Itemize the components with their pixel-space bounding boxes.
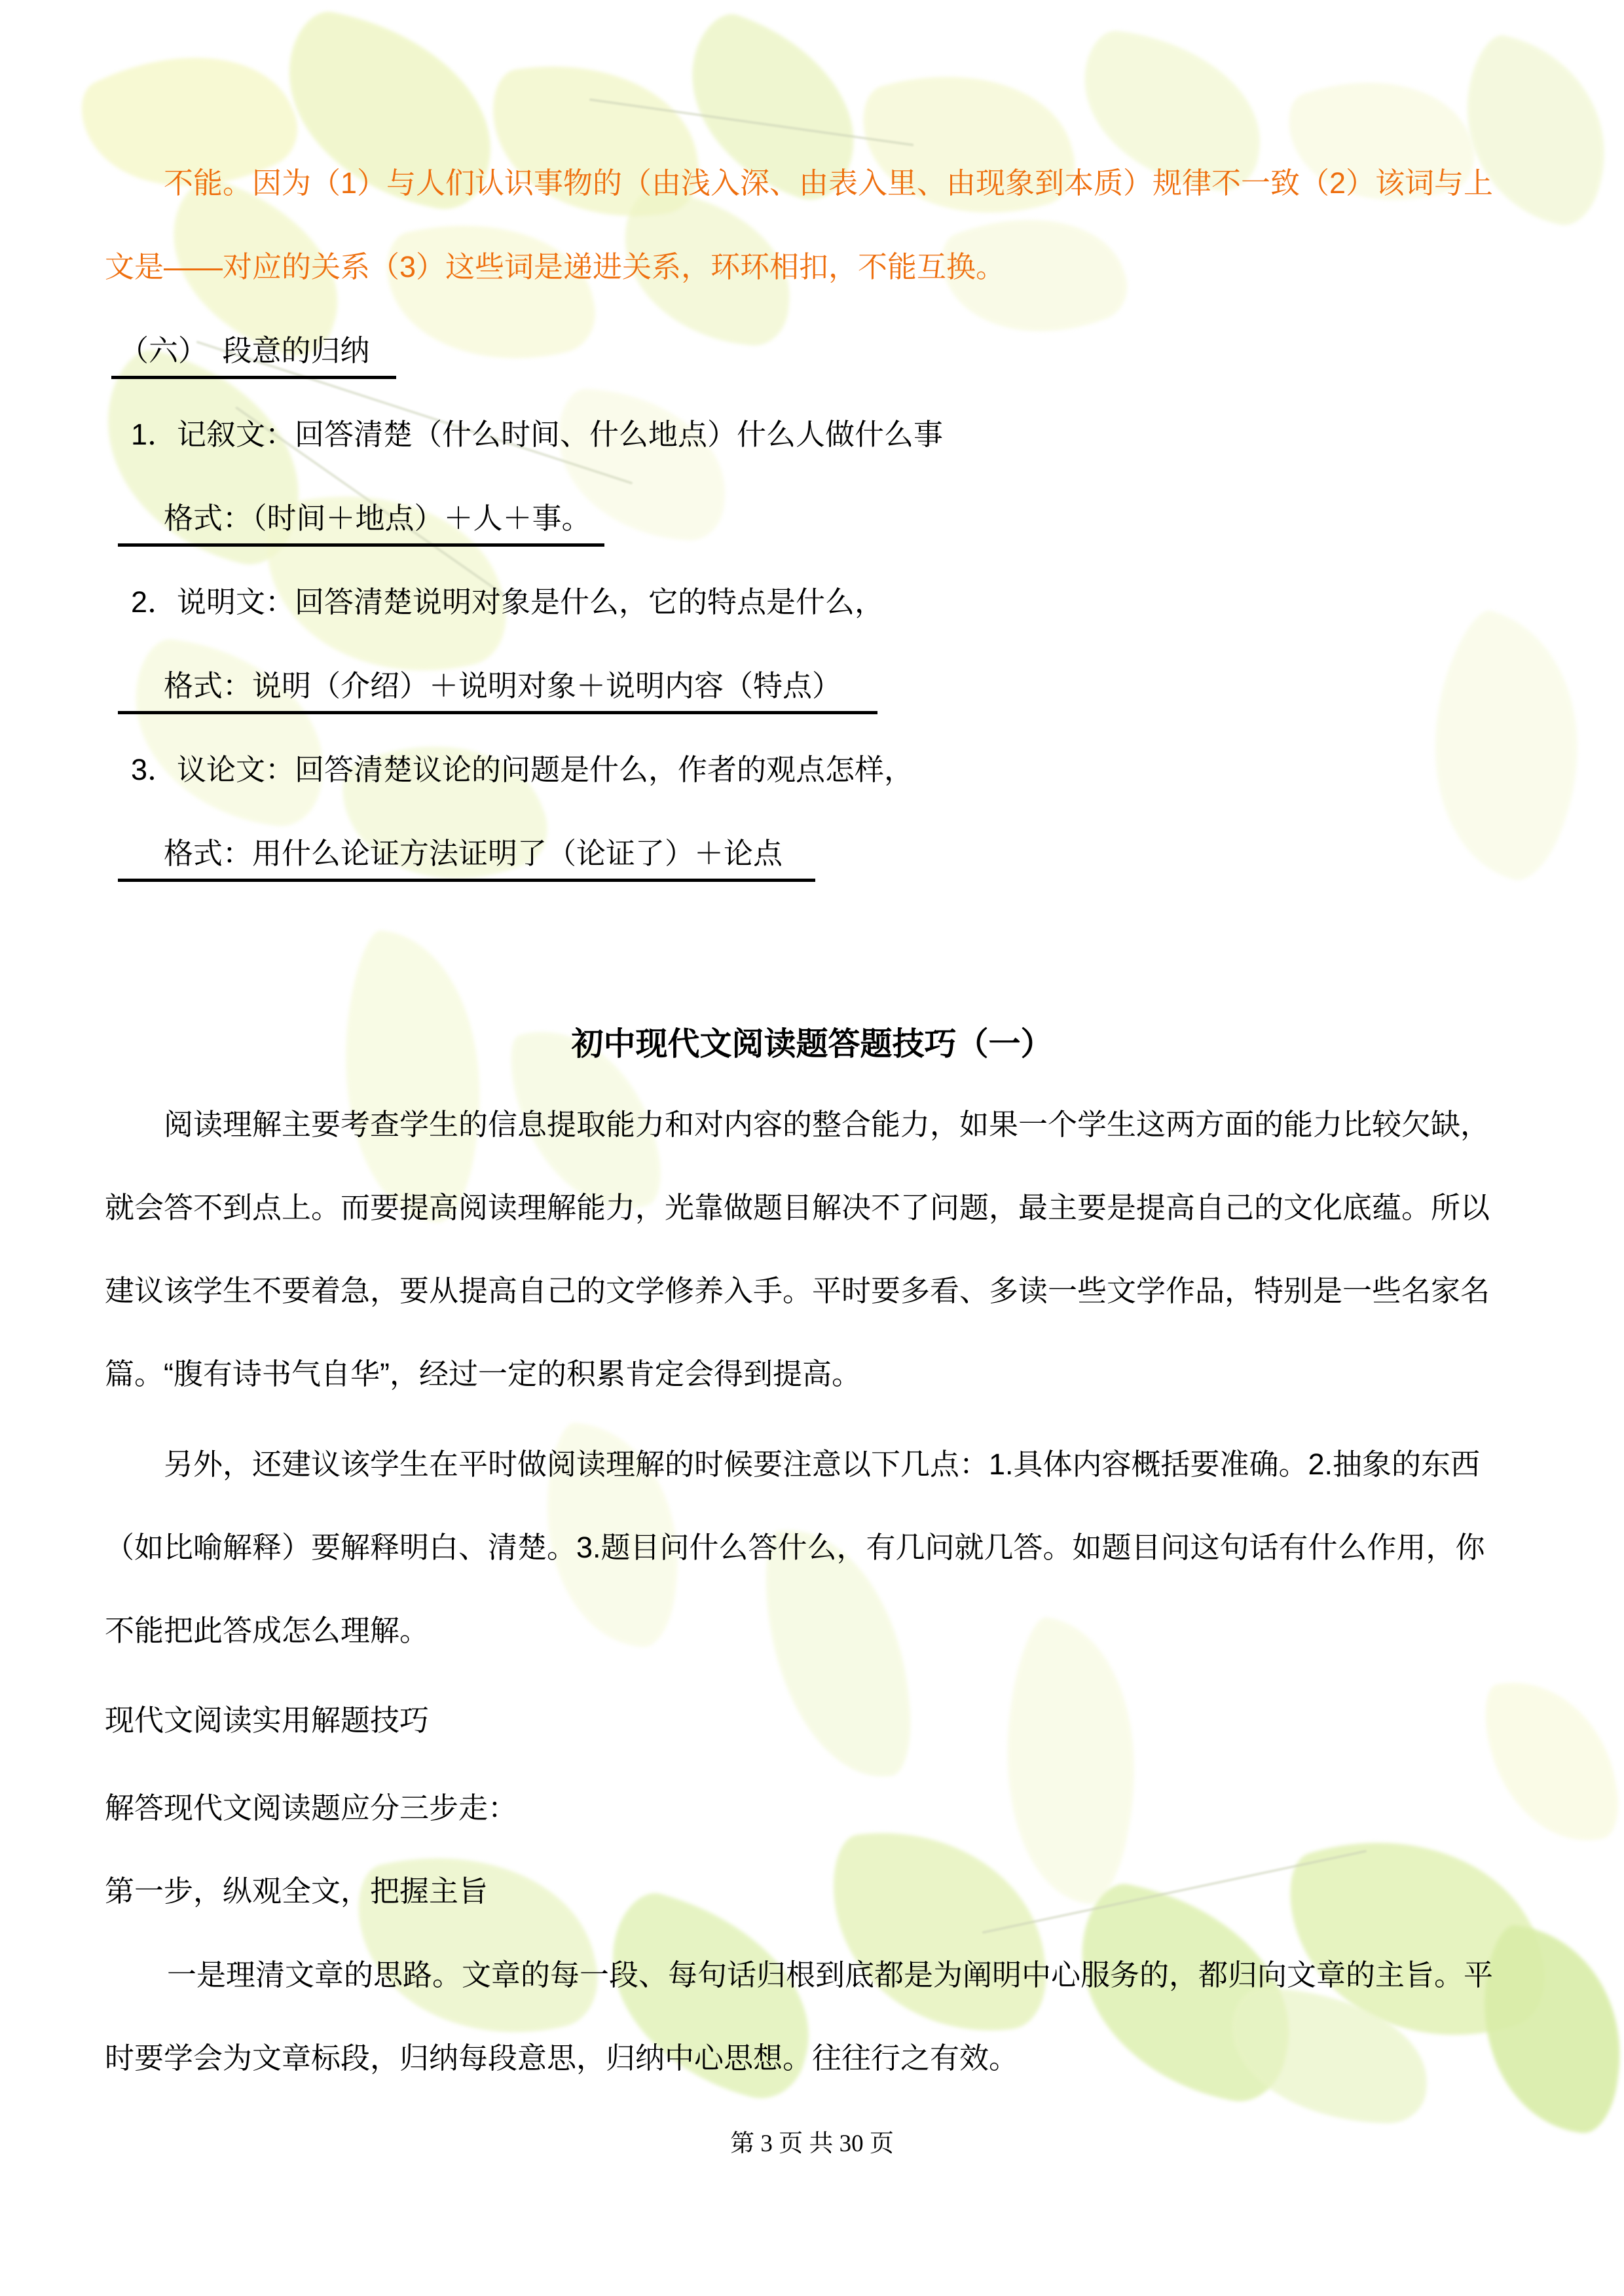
section-six-format-2: 格式：说明（介绍）＋说明对象＋说明内容（特点） xyxy=(118,668,877,714)
leaf-decoration xyxy=(1393,604,1619,889)
leaf-decoration xyxy=(1277,1799,1559,2076)
branch-decoration xyxy=(589,98,914,147)
steps-intro-line: 解答现代文阅读题应分三步走： xyxy=(105,1790,517,1827)
answer-note-line-2: 文是——对应的关系（3）这些词是递进关系，环环相扣，不能互换。 xyxy=(105,249,1005,285)
branch-decoration xyxy=(982,1850,1367,1934)
section-six-item-1: 1．记叙文：回答清楚（什么时间、什么地点）什么人做什么事 xyxy=(131,416,943,453)
leaf-decoration xyxy=(828,1817,1052,2047)
paragraph-2-line-2: （如比喻解释）要解释明白、清楚。3.题目问什么答什么，有几问就几答。如题目问这句… xyxy=(105,1529,1485,1566)
paragraph-1-line-1: 阅读理解主要考查学生的信息提取能力和对内容的整合能力，如果一个学生这两方面的能力… xyxy=(164,1106,1490,1143)
step-1-heading: 第一步，纵观全文，把握主旨 xyxy=(105,1873,488,1910)
leaf-decoration xyxy=(1467,1922,1624,2137)
paragraph-2-line-3: 不能把此答成怎么理解。 xyxy=(105,1613,429,1649)
section-six-format-3-text: 格式：用什么论证方法证明了（论证了）＋论点 xyxy=(118,835,815,882)
leaf-decoration xyxy=(1479,1667,1624,1855)
leaf-decoration xyxy=(322,928,504,1226)
section-six-format-3: 格式：用什么论证方法证明了（论证了）＋论点 xyxy=(118,835,815,882)
section-six-item-3: 3．议论文：回答清楚议论的问题是什么，作者的观点怎样， xyxy=(131,752,913,788)
leaf-decoration xyxy=(854,43,1084,245)
section-six-item-2: 2．说明文：回答清楚说明对象是什么，它的特点是什么， xyxy=(131,584,884,621)
section-six-heading: （六） 段意的归纳 xyxy=(111,333,396,379)
paragraph-1-line-2: 就会答不到点上。而要提高阅读理解能力，光靠做题目解决不了问题，最主要是提高自己的… xyxy=(105,1190,1490,1226)
paragraph-1-line-3: 建议该学生不要着急，要从提高自己的文学修养入手。平时要多看、多读一些文学作品，特… xyxy=(105,1273,1490,1309)
section-six-format-1: 格式：（时间＋地点）＋人＋事。 xyxy=(118,500,604,547)
leaf-decoration xyxy=(120,635,338,831)
subhead-practical-techniques: 现代文阅读实用解题技巧 xyxy=(105,1702,429,1739)
paragraph-3-line-1: 一是理清文章的思路。文章的每一段、每句话归根到底都是为阐明中心服务的，都归向文章… xyxy=(167,1957,1493,1994)
leaf-decoration xyxy=(1280,49,1484,232)
leaf-decoration xyxy=(257,464,516,702)
leaf-decoration xyxy=(1057,1878,1314,2109)
section-six-heading-text: （六） 段意的归纳 xyxy=(111,333,396,379)
paragraph-3-line-2: 时要学会为文章标段，归纳每段意思，归纳中心思想。往往行之有效。 xyxy=(105,2040,1018,2077)
paragraph-1-line-4: 篇。“腹有诗书气自华”，经过一定的积累肯定会得到提高。 xyxy=(105,1356,861,1393)
page-number-footer: 第 3 页 共 30 页 xyxy=(0,2129,1624,2159)
leaf-decoration xyxy=(349,1825,608,2064)
leaf-decoration xyxy=(487,46,705,235)
section-six-format-2-text: 格式：说明（介绍）＋说明对象＋说明内容（特点） xyxy=(118,668,877,714)
article-title: 初中现代文阅读题答题技巧（一） xyxy=(0,1025,1624,1063)
document-page: 不能。因为（1）与人们认识事物的（由浅入深、由表入里、由现象到本质）规律不一致（… xyxy=(0,0,1624,2296)
answer-note-line-1: 不能。因为（1）与人们认识事物的（由浅入深、由表入里、由现象到本质）规律不一致（… xyxy=(164,165,1493,202)
section-six-format-1-text: 格式：（时间＋地点）＋人＋事。 xyxy=(118,500,604,547)
paragraph-2-line-1: 另外，还建议该学生在平时做阅读理解的时候要注意以下几点：1.具体内容概括要准确。… xyxy=(164,1446,1480,1483)
leaf-decoration xyxy=(331,704,560,919)
leaf-decoration xyxy=(1229,1987,1430,2124)
leaf-decoration xyxy=(379,197,602,385)
leaf-decoration xyxy=(979,1614,1162,1908)
